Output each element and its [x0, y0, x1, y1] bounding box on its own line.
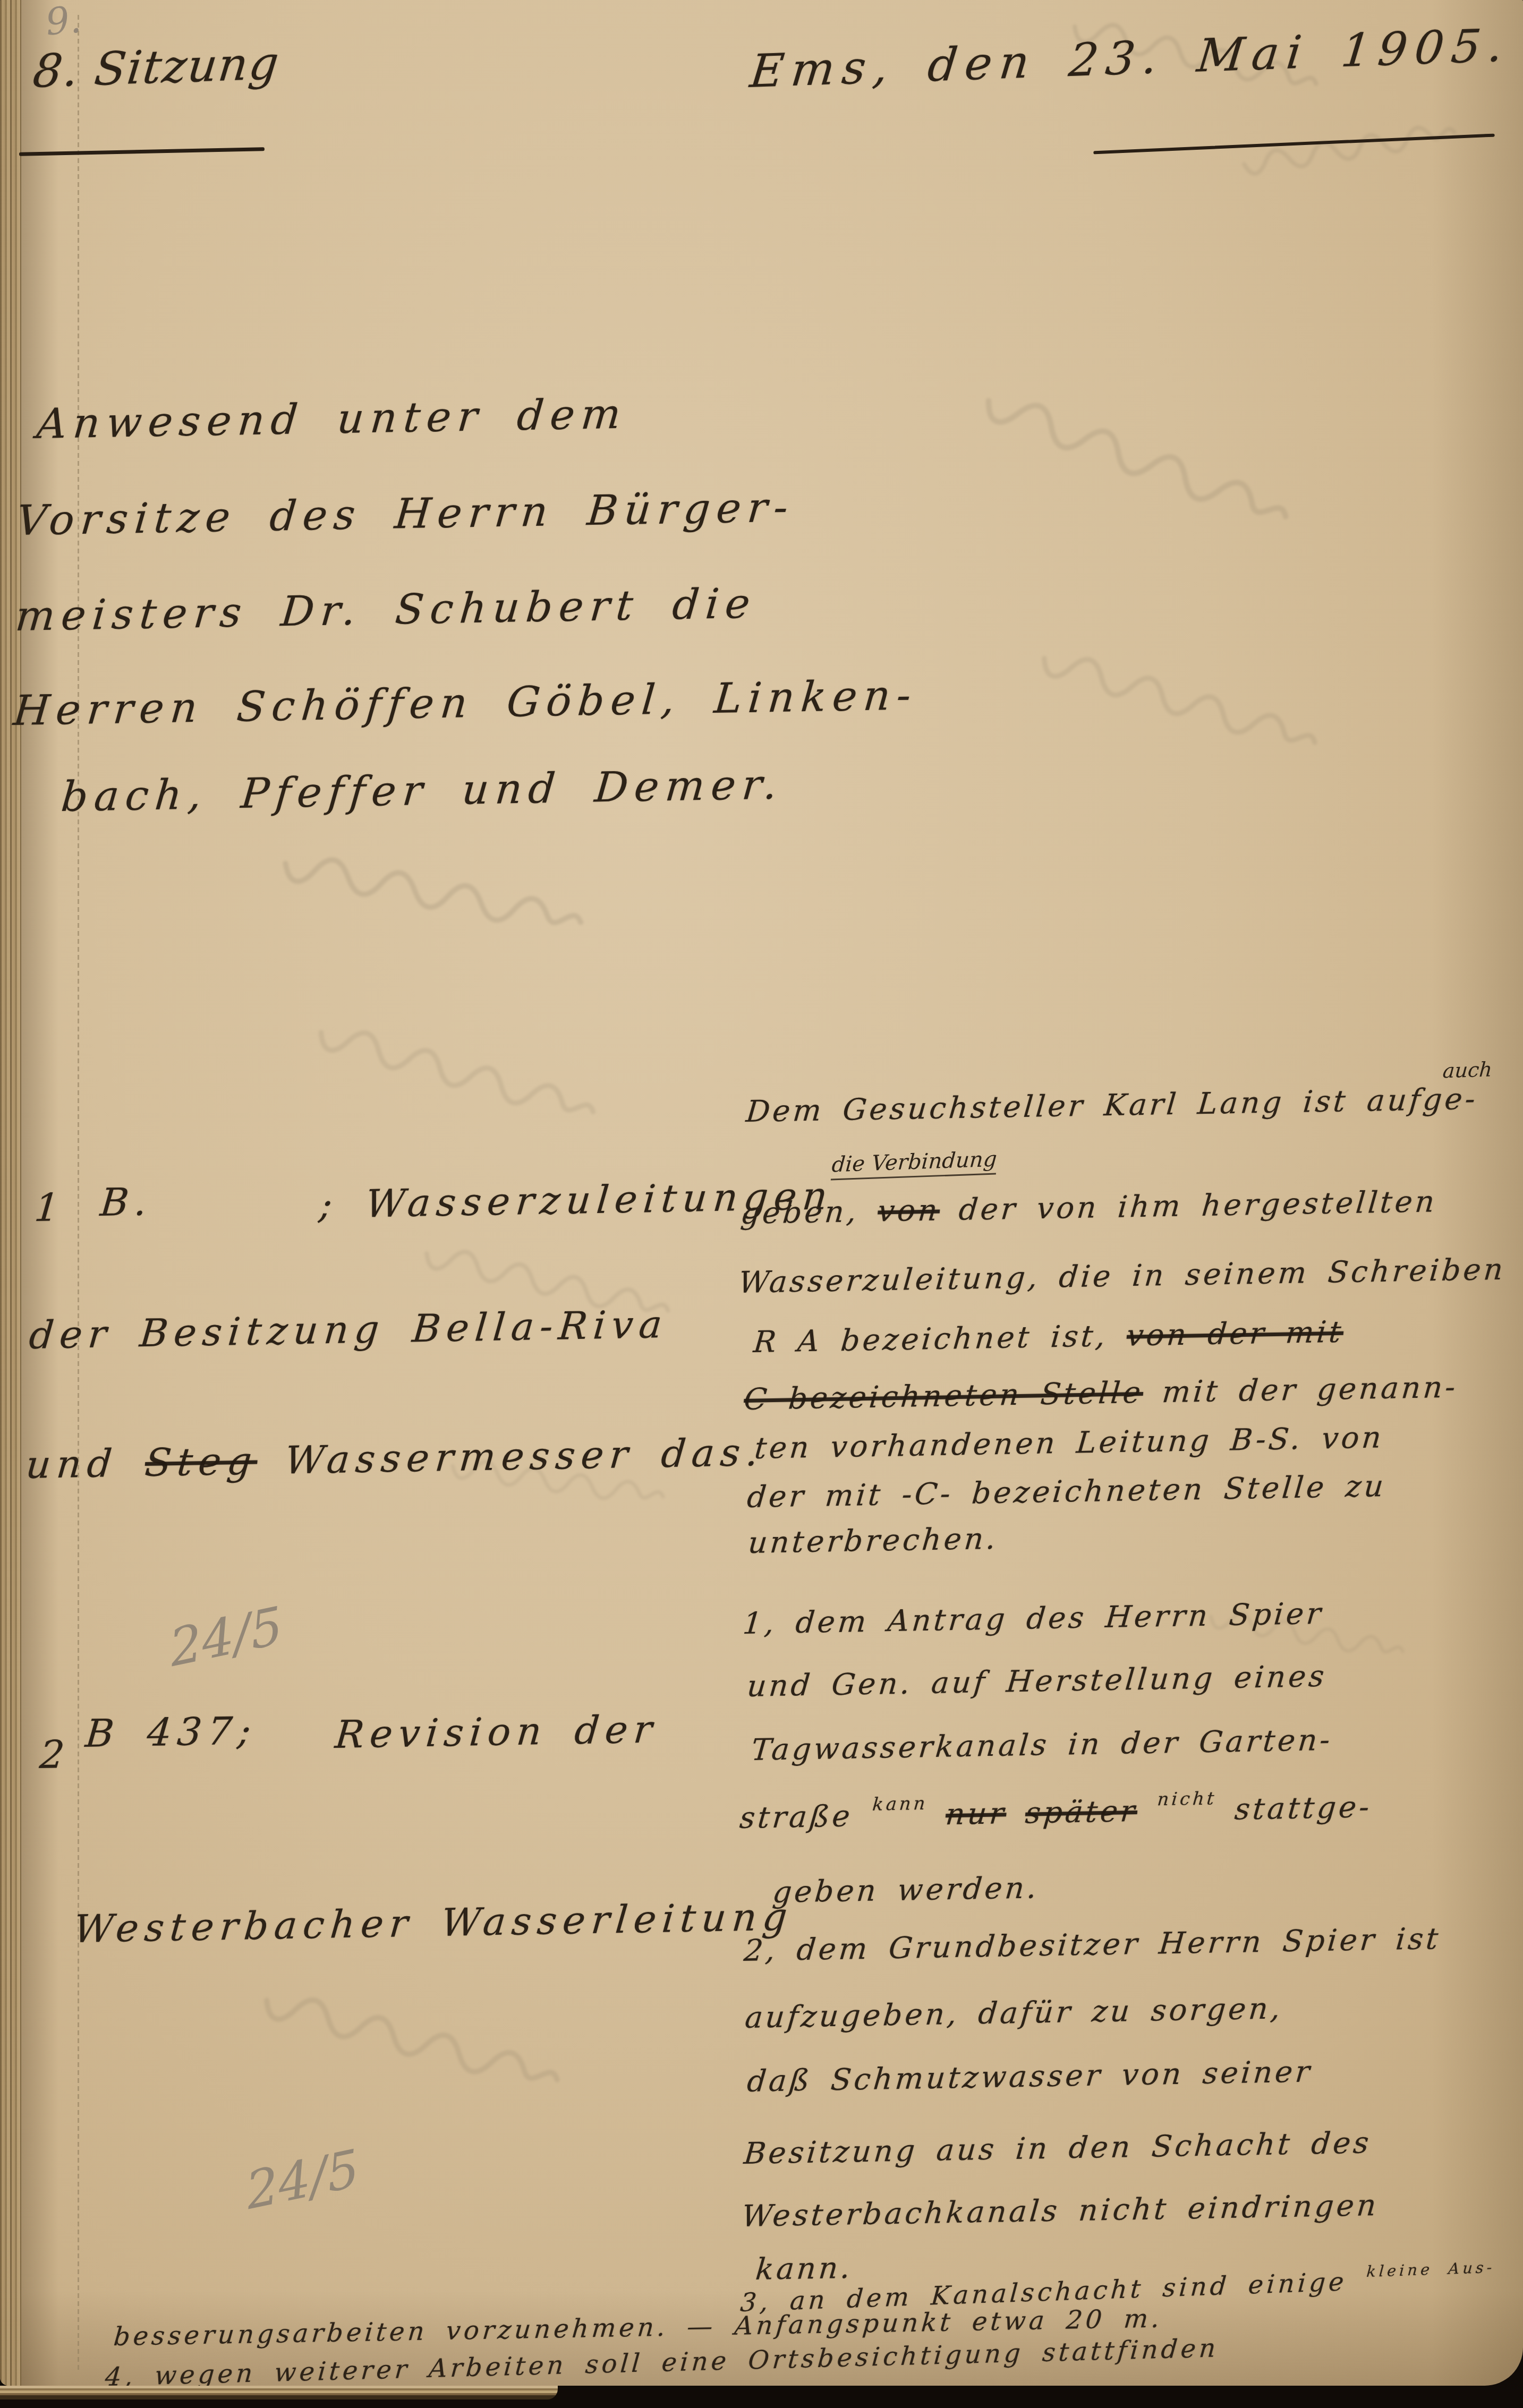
text-segment: und	[24, 1440, 147, 1487]
handwriting-line: aufzugeben, dafür zu sorgen,	[744, 1994, 1284, 2033]
text-segment: später	[1024, 1794, 1138, 1831]
agenda-item-subject-line: der Besitzung Bella-Riva	[28, 1305, 669, 1354]
handwriting-line: straße kann nur später nicht stattge-	[738, 1792, 1373, 1833]
bleed-through-ink	[821, 319, 1453, 600]
text-segment: 2, dem Grundbesitzer Herrn Spier ist	[743, 1922, 1442, 1968]
text-segment: Tagwasserkanals in der Garten-	[750, 1723, 1334, 1767]
text-segment: Westerbachkanals nicht eindringen	[741, 2188, 1380, 2234]
text-segment: nicht	[1156, 1788, 1218, 1810]
text-segment: R A bezeichnet ist,	[752, 1319, 1128, 1360]
bleed-through-ink	[111, 1940, 713, 2142]
text-segment: geben werden.	[771, 1871, 1041, 1910]
attendance-line: bach, Pfeffer und Demer.	[59, 764, 785, 818]
text-segment: stattge-	[1214, 1790, 1374, 1827]
text-segment: ten vorhandenen Leitung B-S. von	[753, 1420, 1385, 1466]
agenda-item-file-ref: B 437;	[84, 1711, 258, 1753]
text-segment: Wasserzuleitung, die in seinem Schreiben	[737, 1252, 1507, 1300]
interlinear-insert: auch	[1442, 1059, 1493, 1081]
handwriting-line: ten vorhandenen Leitung B-S. von	[753, 1423, 1385, 1464]
text-segment: von der mit	[1125, 1315, 1345, 1353]
text-segment: Besitzung aus in den Schacht des	[743, 2125, 1373, 2171]
agenda-item-subject-line: Westerbacher Wasserleitung	[72, 1897, 795, 1948]
handwriting-line: der mit -C- bezeichneten Stelle zu	[746, 1472, 1387, 1513]
handwriting-line: Tagwasserkanals in der Garten-	[750, 1726, 1334, 1765]
handwriting-line: Besitzung aus in den Schacht des	[743, 2128, 1373, 2169]
page-stack-edge	[0, 2386, 558, 2400]
bleed-through-ink	[899, 597, 1460, 805]
session-title: 8. Sitzung	[31, 40, 282, 95]
handwriting-line: 2, dem Grundbesitzer Herrn Spier ist	[743, 1924, 1442, 1966]
text-segment: daß Schmutzwasser von seiner	[746, 2054, 1314, 2099]
text-segment: unterbrechen.	[747, 1522, 1000, 1560]
text-segment: der mit -C- bezeichneten Stelle zu	[746, 1469, 1388, 1515]
margin-rule	[78, 15, 79, 2373]
pencil-page-number: 9.	[44, 1, 83, 41]
bleed-through-ink	[185, 976, 728, 1169]
text-segment: Wassermesser das.	[256, 1430, 766, 1483]
text-segment: kann	[872, 1793, 929, 1815]
agenda-item-file-ref: B.	[99, 1182, 154, 1222]
text-segment: straße	[738, 1799, 873, 1835]
text-segment	[1136, 1794, 1158, 1829]
text-segment: mit der genann-	[1142, 1370, 1459, 1410]
text-segment: geben,	[739, 1194, 880, 1231]
handwriting-line: C bezeichneten Stelle mit der genann-	[743, 1373, 1459, 1415]
manuscript-page: 9. 8. Sitzung Ems, den 23. Mai 1905. Anw…	[0, 0, 1523, 2386]
text-segment: der von ihm hergestellten	[938, 1184, 1439, 1227]
handwriting-line: Westerbachkanals nicht eindringen	[741, 2191, 1380, 2232]
pencil-date-annotation: 24/5	[167, 1600, 285, 1675]
attendance-line: Vorsitze des Herrn Bürger-	[15, 487, 796, 542]
text-segment: aufzugeben, dafür zu sorgen,	[744, 1991, 1284, 2035]
bleed-through-ink	[1211, 112, 1488, 186]
agenda-item-number: 2	[38, 1735, 72, 1774]
book-binding-edge	[0, 0, 21, 2386]
attendance-line: Anwesend unter dem	[35, 394, 628, 445]
handwriting-line: und Gen. auf Herstellung eines	[746, 1662, 1328, 1702]
text-segment: kleine Aus-	[1366, 2258, 1496, 2280]
handwriting-line: kann.	[754, 2253, 854, 2285]
interlinear-insert: die Verbindung	[831, 1149, 998, 1181]
handwriting-line: Dem Gesuchsteller Karl Lang ist aufge-	[745, 1085, 1479, 1127]
text-segment: kann.	[754, 2251, 854, 2287]
attendance-line: Herren Schöffen Göbel, Linken-	[12, 674, 919, 732]
agenda-item-number: 1	[33, 1188, 66, 1227]
agenda-item-subject-line: Revision der	[334, 1710, 660, 1754]
text-segment: Steg	[143, 1438, 260, 1485]
handwriting-line: geben werden.	[771, 1873, 1040, 1908]
text-segment	[925, 1797, 948, 1832]
pencil-date-annotation: 24/5	[244, 2142, 361, 2217]
handwriting-line: R A bezeichnet ist, von der mit	[752, 1318, 1345, 1357]
bleed-through-ink	[129, 813, 737, 974]
text-segment: von	[877, 1193, 941, 1228]
handwriting-line: daß Schmutzwasser von seiner	[746, 2057, 1314, 2097]
handwriting-line: geben, von der von ihm hergestellten	[739, 1187, 1439, 1229]
attendance-line: meisters Dr. Schubert die	[14, 583, 758, 637]
text-segment: Dem Gesuchsteller Karl Lang ist aufge-	[745, 1082, 1479, 1129]
handwriting-line: Wasserzuleitung, die in seinem Schreiben	[737, 1255, 1507, 1298]
text-segment	[1005, 1796, 1027, 1831]
text-segment: C bezeichneten Stelle	[743, 1376, 1145, 1417]
handwriting-line: unterbrechen.	[747, 1524, 999, 1558]
text-segment: nur	[944, 1796, 1008, 1832]
agenda-item-subject-line: und Steg Wassermesser das.	[24, 1433, 765, 1484]
text-segment: und Gen. auf Herstellung eines	[746, 1659, 1329, 1704]
